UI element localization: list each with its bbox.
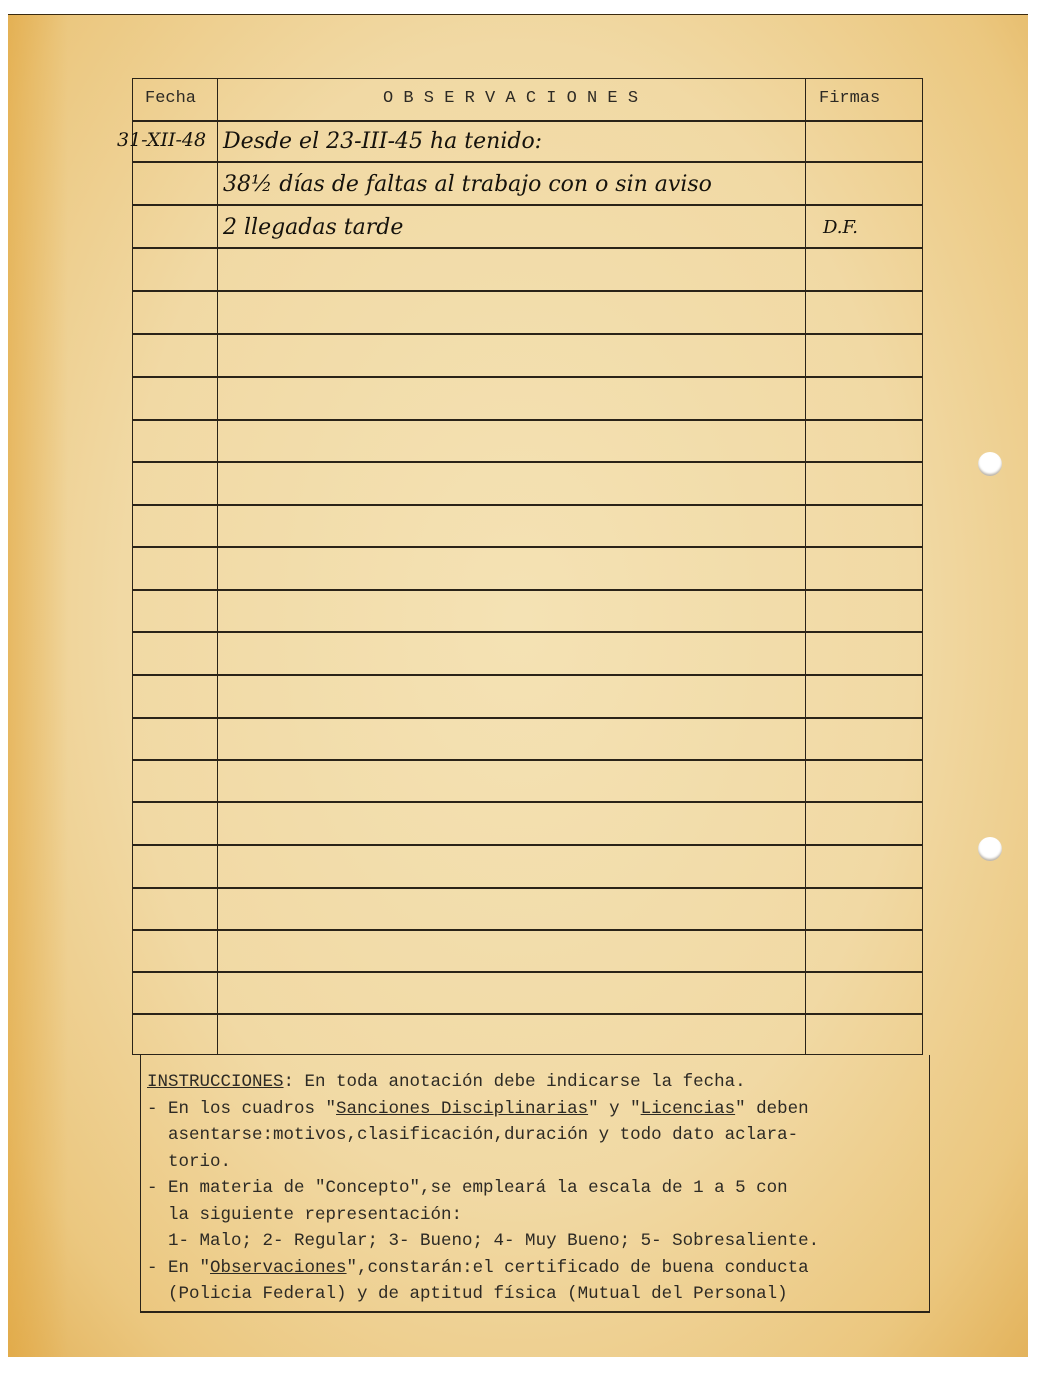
punch-hole-bottom (978, 837, 1002, 861)
entry-line-3: 2 llegadas tarde (223, 215, 403, 240)
instructions-line-2: asentarse:motivos,clasificación,duración… (147, 1122, 929, 1149)
header-firmas: Firmas (819, 89, 880, 108)
observations-table: Fecha O B S E R V A C I O N E S Firmas 3… (132, 78, 923, 1055)
fecha-column-divider (217, 79, 218, 1054)
instructions-line-5: la siguiente representación: (147, 1202, 929, 1229)
entry-line-2: 38½ días de faltas al trabajo con o sin … (223, 172, 712, 197)
instructions-line-1: - En los cuadros "Sanciones Disciplinari… (147, 1096, 929, 1123)
header-observaciones: O B S E R V A C I O N E S (383, 89, 638, 108)
instructions-line-title: INSTRUCCIONES: En toda anotación debe in… (147, 1069, 929, 1096)
instructions-line-7: - En "Observaciones",constarán:el certif… (147, 1255, 929, 1282)
punch-hole-top (978, 452, 1002, 476)
firmas-column-divider (805, 79, 806, 1054)
instructions-line-3: torio. (147, 1149, 929, 1176)
instructions-line-6: 1- Malo; 2- Regular; 3- Bueno; 4- Muy Bu… (147, 1228, 929, 1255)
header-fecha: Fecha (145, 89, 196, 108)
entry-line-1: Desde el 23-III-45 ha tenido: (223, 129, 542, 154)
signature-initials: D.F. (823, 217, 858, 238)
entry-date: 31-XII-48 (117, 129, 206, 151)
instructions-line-8: (Policia Federal) y de aptitud física (M… (147, 1281, 929, 1308)
instructions-line-4: - En materia de "Concepto",se empleará l… (147, 1175, 929, 1202)
instructions-box: INSTRUCCIONES: En toda anotación debe in… (140, 1055, 930, 1313)
